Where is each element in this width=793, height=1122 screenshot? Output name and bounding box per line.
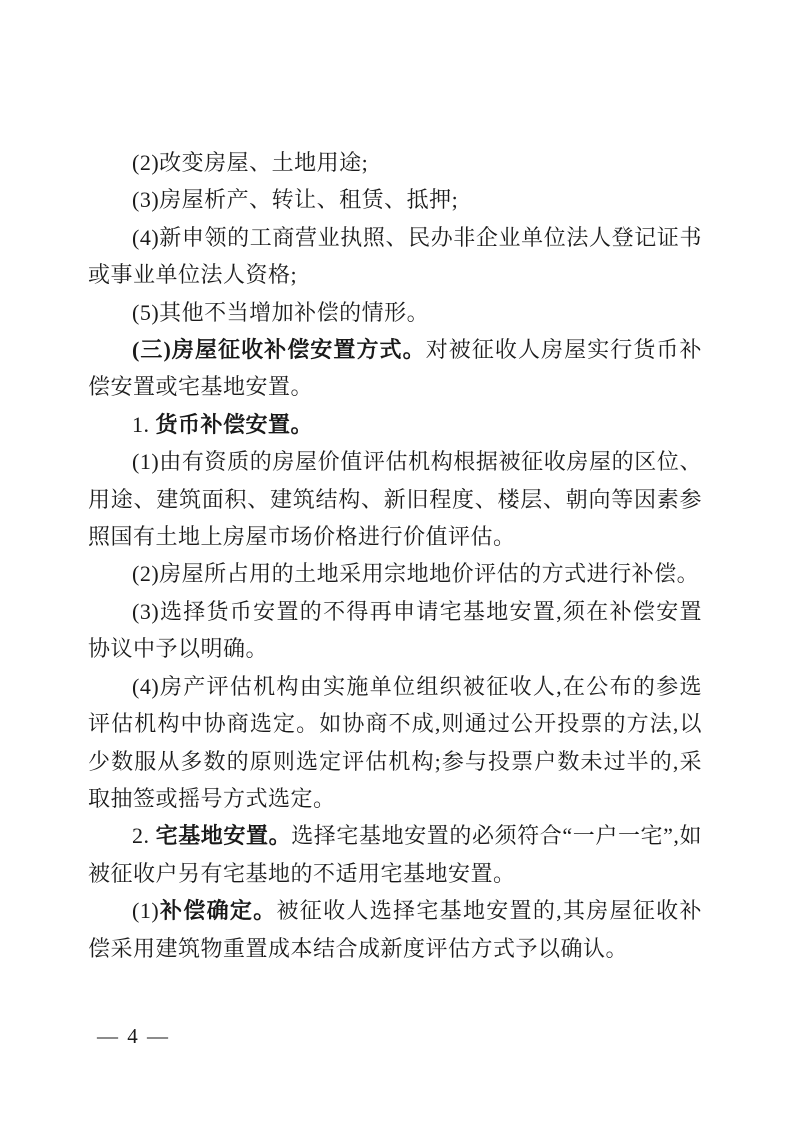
heading-segment: 补偿确定。 <box>159 898 276 923</box>
text-segment: (4)房产评估机构由实施单位组织被征收人,在公布的参选评估机构中协商选定。如协商… <box>88 674 702 811</box>
text-segment: (2)房屋所占用的土地采用宗地地价评估的方式进行补偿。 <box>132 561 699 586</box>
text-segment: (1)由有资质的房屋价值评估机构根据被征收房屋的区位、用途、建筑面积、建筑结构、… <box>88 449 702 549</box>
heading-segment: 货币补偿安置。 <box>156 412 314 437</box>
paragraph: (三)房屋征收补偿安置方式。对被征收人房屋实行货币补偿安置或宅基地安置。 <box>88 331 702 406</box>
page-number: — 4 — <box>97 1024 170 1049</box>
paragraph: (4)新申领的工商营业执照、民办非企业单位法人登记证书或事业单位法人资格; <box>88 219 702 294</box>
text-segment: (3)选择货币安置的不得再申请宅基地安置,须在补偿安置协议中予以明确。 <box>88 599 702 661</box>
text-segment: (2)改变房屋、土地用途; <box>132 150 368 175</box>
text-segment: (1) <box>132 898 159 923</box>
paragraph: 1. 货币补偿安置。 <box>88 406 702 443</box>
paragraph: 2. 宅基地安置。选择宅基地安置的必须符合“一户一宅”,如被征收户另有宅基地的不… <box>88 817 702 892</box>
text-segment: (3)房屋析产、转让、租赁、抵押; <box>132 187 458 212</box>
text-segment: 1. <box>132 412 156 437</box>
paragraph: (1)补偿确定。被征收人选择宅基地安置的,其房屋征收补偿采用建筑物重置成本结合成… <box>88 892 702 967</box>
document-body: (2)改变房屋、土地用途;(3)房屋析产、转让、租赁、抵押;(4)新申领的工商营… <box>88 144 702 967</box>
paragraph: (3)选择货币安置的不得再申请宅基地安置,须在补偿安置协议中予以明确。 <box>88 593 702 668</box>
text-segment: 2. <box>132 823 156 848</box>
paragraph: (2)改变房屋、土地用途; <box>88 144 702 181</box>
paragraph: (4)房产评估机构由实施单位组织被征收人,在公布的参选评估机构中协商选定。如协商… <box>88 668 702 818</box>
heading-segment: 宅基地安置。 <box>156 823 292 848</box>
paragraph: (5)其他不当增加补偿的情形。 <box>88 294 702 331</box>
heading-segment: (三)房屋征收补偿安置方式。 <box>132 337 426 362</box>
paragraph: (2)房屋所占用的土地采用宗地地价评估的方式进行补偿。 <box>88 555 702 592</box>
text-segment: (5)其他不当增加补偿的情形。 <box>132 300 429 325</box>
paragraph: (3)房屋析产、转让、租赁、抵押; <box>88 181 702 218</box>
text-segment: (4)新申领的工商营业执照、民办非企业单位法人登记证书或事业单位法人资格; <box>88 225 702 287</box>
document-page: (2)改变房屋、土地用途;(3)房屋析产、转让、租赁、抵押;(4)新申领的工商营… <box>0 0 793 1122</box>
paragraph: (1)由有资质的房屋价值评估机构根据被征收房屋的区位、用途、建筑面积、建筑结构、… <box>88 443 702 555</box>
